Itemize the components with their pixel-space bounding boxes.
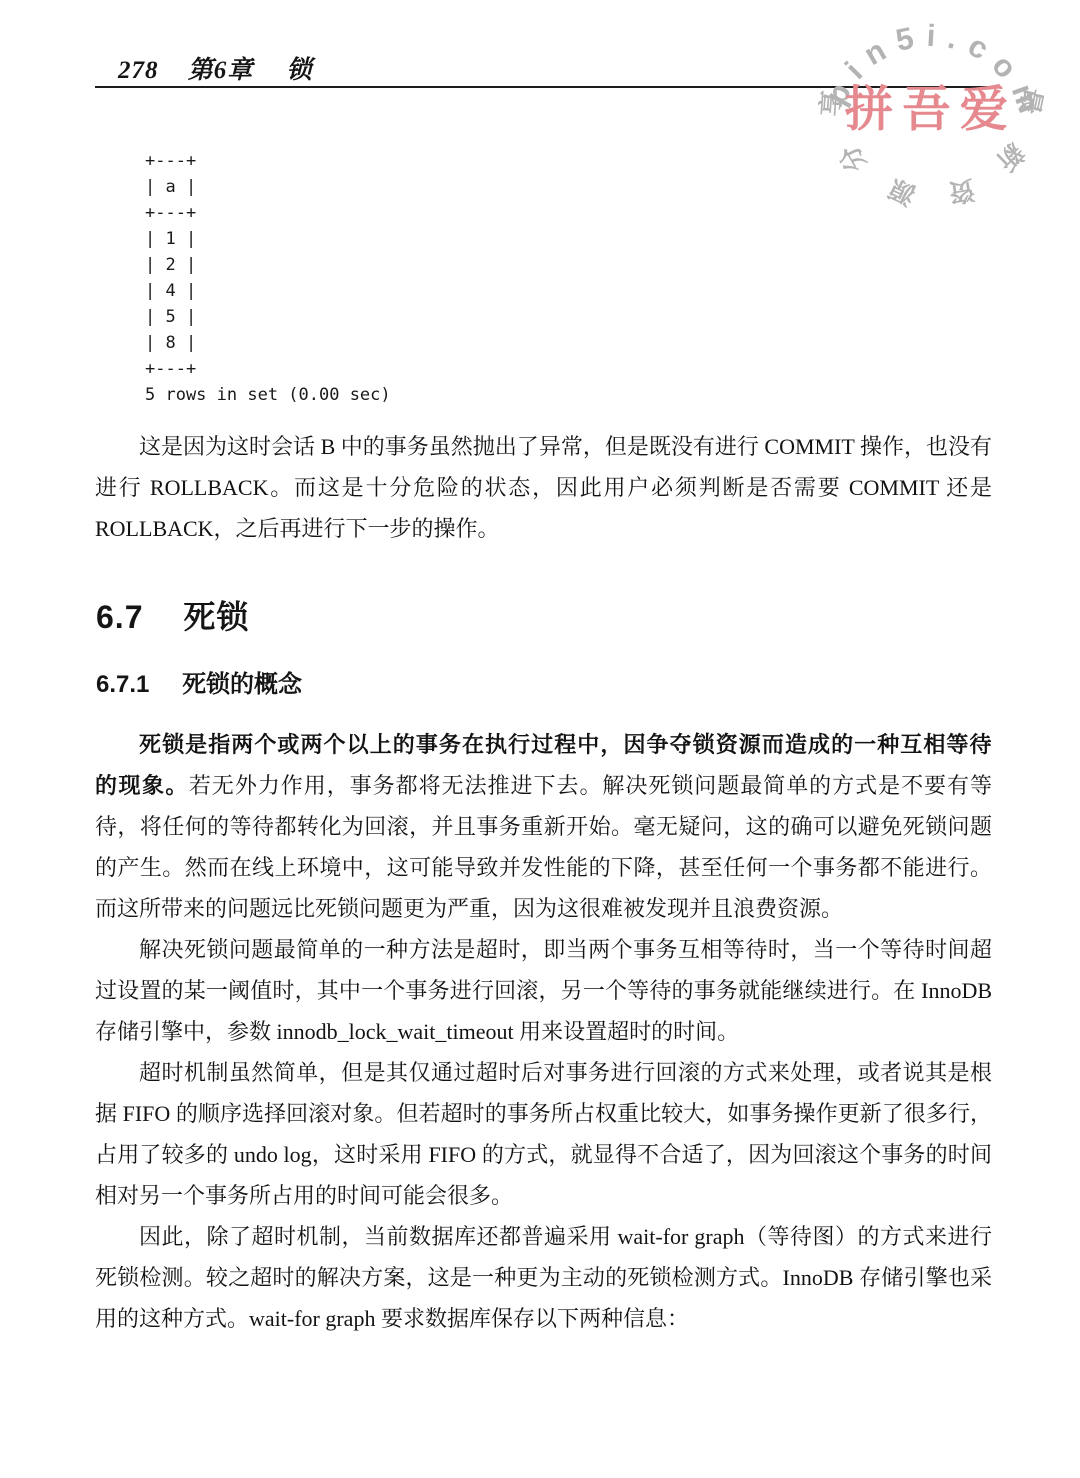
body-paragraph: 死锁是指两个或两个以上的事务在执行过程中，因争夺锁资源而造成的一种互相等待的现象… <box>95 724 992 929</box>
mysql-result-block: +---+ | a | +---+ | 1 | | 2 | | 4 | | 5 … <box>145 148 391 408</box>
watermark-ring-text: 最新资源分享下载站 <box>818 0 1044 213</box>
section-title: 死锁 <box>183 599 249 635</box>
body-paragraph: 解决死锁问题最简单的一种方法是超时，即当两个事务互相等待时，当一个等待时间超过设… <box>95 929 992 1052</box>
subsection-heading: 6.7.1 死锁的概念 <box>96 664 302 699</box>
section-heading: 6.7 死锁 <box>96 592 249 638</box>
chapter-title: 锁 <box>287 57 313 84</box>
watermark-center-text: 拼吾爱 <box>845 83 1018 136</box>
header-rule <box>95 86 992 88</box>
body-paragraph: 超时机制虽然简单，但是其仅通过超时后对事务进行回滚的方式来处理，或者说其是根据 … <box>95 1052 992 1216</box>
body-paragraph-intro: 这是因为这时会话 B 中的事务虽然抛出了异常，但是既没有进行 COMMIT 操作… <box>95 426 992 549</box>
body-copy: 死锁是指两个或两个以上的事务在执行过程中，因争夺锁资源而造成的一种互相等待的现象… <box>95 724 992 1339</box>
site-watermark-stamp: pin5i.com 最新资源分享下载站 拼吾爱 <box>818 0 1044 224</box>
watermark-arc-text: pin5i.com <box>818 18 1044 128</box>
book-page: 278 第6章 锁 pin5i.com 最新资源分享下载站 拼吾爱 +---+ … <box>0 0 1080 1478</box>
chapter-number: 第6章 <box>188 57 254 84</box>
subsection-number: 6.7.1 <box>96 671 149 698</box>
running-head: 278 第6章 锁 <box>118 50 313 86</box>
subsection-title: 死锁的概念 <box>182 671 302 698</box>
paragraph-text: 若无外力作用，事务都将无法推进下去。解决死锁问题最简单的方式是不要有等待，将任何… <box>95 773 992 921</box>
section-number: 6.7 <box>96 599 143 635</box>
body-paragraph: 因此，除了超时机制，当前数据库还都普遍采用 wait-for graph（等待图… <box>95 1216 992 1339</box>
page-number: 278 <box>118 57 159 84</box>
